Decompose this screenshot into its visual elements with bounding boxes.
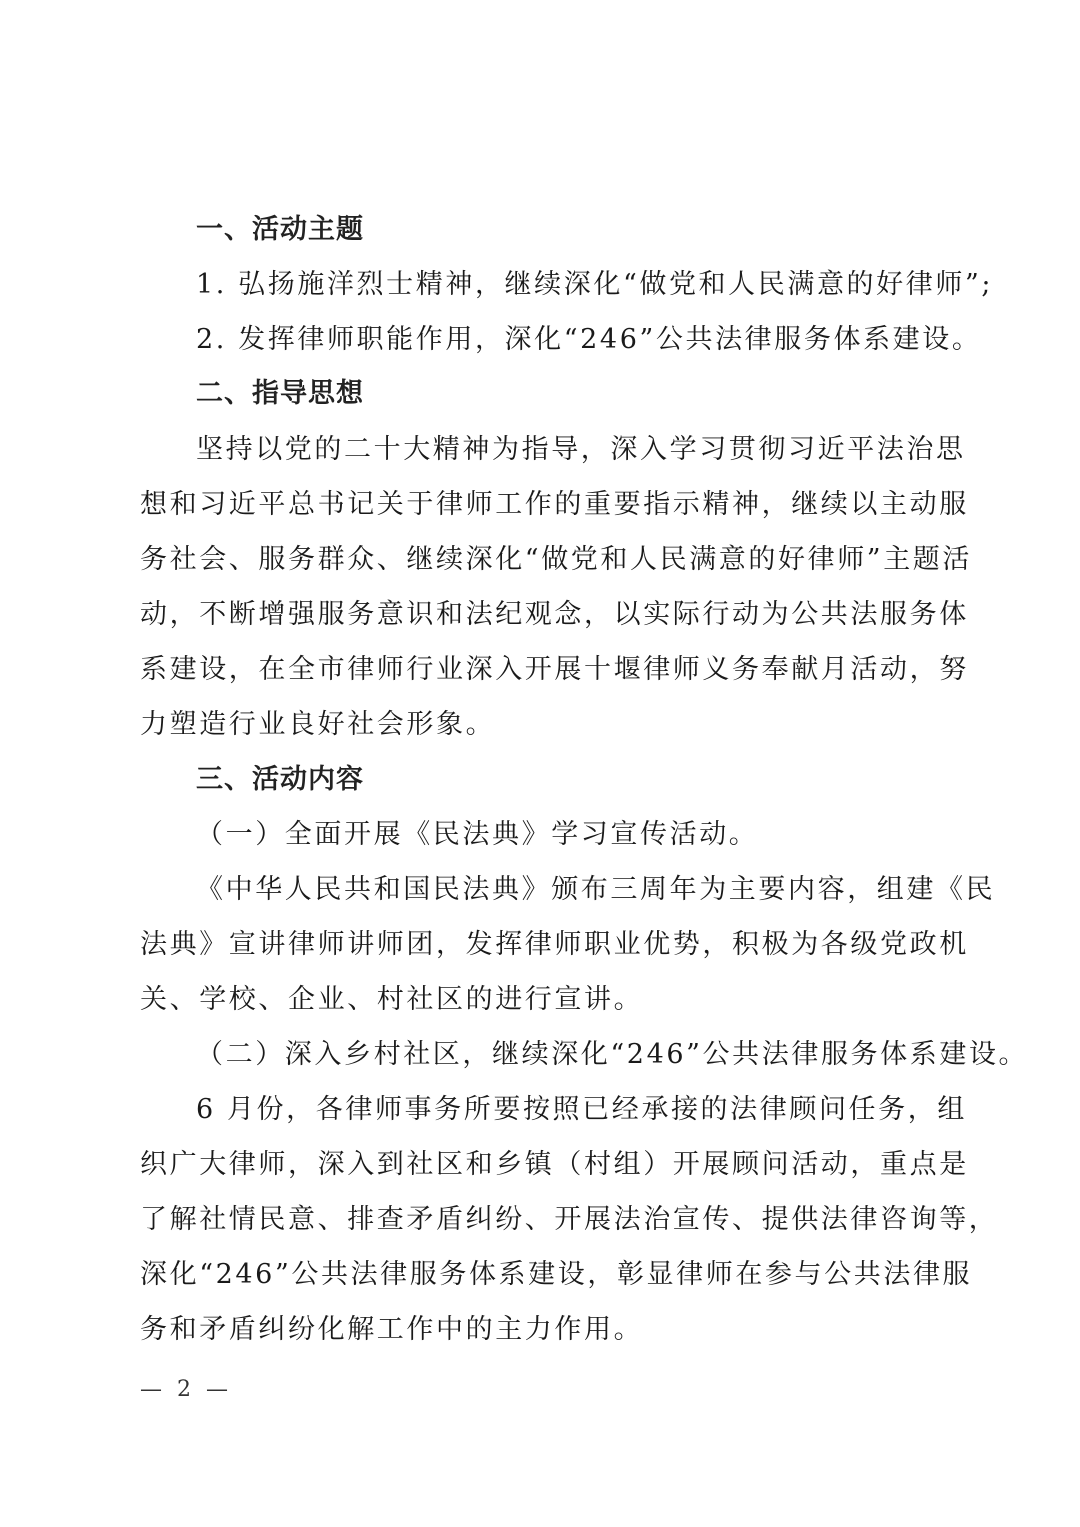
guiding-paragraph-line-5: 系建设，在全市律师行业深入开展十堰律师义务奉献月活动，努: [140, 650, 940, 690]
section-heading-guiding-thought: 二、指导思想: [196, 374, 364, 414]
subsection-title-civil-code: （一）全面开展《民法典》学习宣传活动。: [196, 815, 940, 855]
civil-code-paragraph-line-1: 《中华人民共和国民法典》颁布三周年为主要内容，组建《民: [196, 870, 940, 910]
theme-item-2: 2. 发挥律师职能作用，深化“246”公共法律服务体系建设。: [196, 320, 940, 360]
rural-paragraph-line-1: 6 月份，各律师事务所要按照已经承接的法律顾问任务，组: [196, 1090, 940, 1130]
rural-paragraph-line-5: 务和矛盾纠纷化解工作中的主力作用。: [140, 1310, 940, 1350]
rural-paragraph-line-2: 织广大律师，深入到社区和乡镇（村组）开展顾问活动，重点是: [140, 1145, 940, 1185]
subsection-title-rural-community: （二）深入乡村社区，继续深化“246”公共法律服务体系建设。: [196, 1035, 940, 1075]
guiding-paragraph-line-3: 务社会、服务群众、继续深化“做党和人民满意的好律师”主题活: [140, 540, 940, 580]
guiding-paragraph-line-2: 想和习近平总书记关于律师工作的重要指示精神，继续以主动服: [140, 485, 940, 525]
section-heading-activity-content: 三、活动内容: [196, 760, 364, 800]
guiding-paragraph-line-1: 坚持以党的二十大精神为指导，深入学习贯彻习近平法治思: [196, 430, 940, 470]
guiding-paragraph-line-6: 力塑造行业良好社会形象。: [140, 705, 940, 745]
guiding-paragraph-line-4: 动，不断增强服务意识和法纪观念，以实际行动为公共法服务体: [140, 595, 940, 635]
rural-paragraph-line-4: 深化“246”公共法律服务体系建设，彰显律师在参与公共法律服: [140, 1255, 940, 1295]
theme-item-1: 1. 弘扬施洋烈士精神，继续深化“做党和人民满意的好律师”;: [196, 265, 940, 305]
civil-code-paragraph-line-3: 关、学校、企业、村社区的进行宣讲。: [140, 980, 940, 1020]
page-number: — 2 —: [140, 1374, 232, 1406]
section-heading-theme: 一、活动主题: [196, 210, 364, 250]
civil-code-paragraph-line-2: 法典》宣讲律师讲师团，发挥律师职业优势，积极为各级党政机: [140, 925, 940, 965]
document-page: 一、活动主题 1. 弘扬施洋烈士精神，继续深化“做党和人民满意的好律师”; 2.…: [0, 0, 1080, 1527]
rural-paragraph-line-3: 了解社情民意、排查矛盾纠纷、开展法治宣传、提供法律咨询等，: [140, 1200, 940, 1240]
